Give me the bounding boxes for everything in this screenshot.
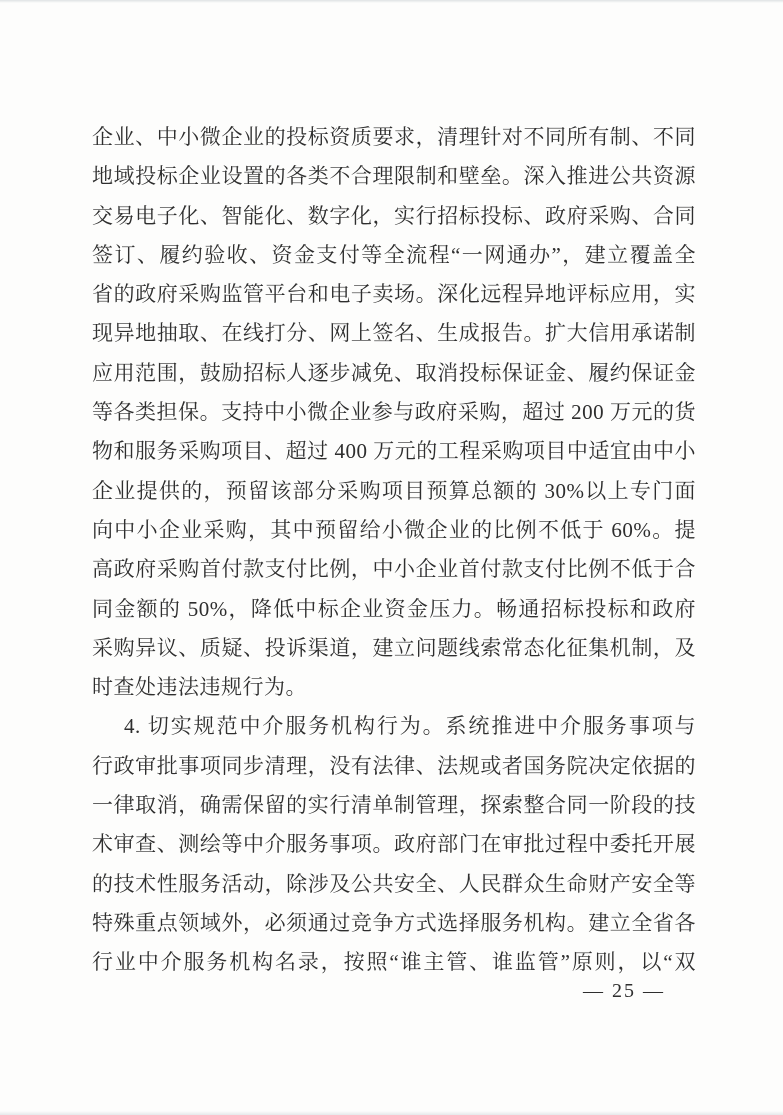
document-page: 企业、中小微企业的投标资质要求，清理针对不同所有制、不同 地域投标企业设置的各类… xyxy=(0,0,783,1115)
scan-edge-bottom xyxy=(0,1111,783,1115)
body-line: 时查处违法违规行为。 xyxy=(92,668,696,707)
body-line: 4. 切实规范中介服务机构行为。系统推进中介服务事项与 xyxy=(92,707,696,746)
body-line: 省的政府采购监管平台和电子卖场。深化远程异地评标应用，实 xyxy=(92,275,696,314)
scan-edge-top xyxy=(0,0,783,3)
body-line: 地域投标企业设置的各类不合理限制和壁垒。深入推进公共资源 xyxy=(92,157,696,196)
body-line: 采购异议、质疑、投诉渠道，建立问题线索常态化征集机制，及 xyxy=(92,629,696,668)
body-line: 交易电子化、智能化、数字化，实行招标投标、政府采购、合同 xyxy=(92,197,696,236)
body-line: 同金额的 50%，降低中标企业资金压力。畅通招标投标和政府 xyxy=(92,590,696,629)
body-line: 特殊重点领域外，必须通过竞争方式选择服务机构。建立全省各 xyxy=(92,904,696,943)
body-line: 物和服务采购项目、超过 400 万元的工程采购项目中适宜由中小 xyxy=(92,432,696,471)
body-line: 企业提供的，预留该部分采购项目预算总额的 30%以上专门面 xyxy=(92,472,696,511)
body-line: 签订、履约验收、资金支付等全流程“一网通办”，建立覆盖全 xyxy=(92,236,696,275)
body-line: 术审查、测绘等中介服务事项。政府部门在审批过程中委托开展 xyxy=(92,825,696,864)
document-body: 企业、中小微企业的投标资质要求，清理针对不同所有制、不同 地域投标企业设置的各类… xyxy=(92,118,696,983)
body-line: 现异地抽取、在线打分、网上签名、生成报告。扩大信用承诺制 xyxy=(92,314,696,353)
body-line: 行政审批事项同步清理，没有法律、法规或者国务院决定依据的 xyxy=(92,747,696,786)
paragraph-item-4: 4. 切实规范中介服务机构行为。系统推进中介服务事项与 行政审批事项同步清理，没… xyxy=(92,707,696,982)
body-line: 的技术性服务活动，除涉及公共安全、人民群众生命财产安全等 xyxy=(92,865,696,904)
body-line: 企业、中小微企业的投标资质要求，清理针对不同所有制、不同 xyxy=(92,118,696,157)
body-line: 等各类担保。支持中小微企业参与政府采购，超过 200 万元的货 xyxy=(92,393,696,432)
paragraph-continued: 企业、中小微企业的投标资质要求，清理针对不同所有制、不同 地域投标企业设置的各类… xyxy=(92,118,696,707)
body-line: 高政府采购首付款支付比例，中小企业首付款支付比例不低于合 xyxy=(92,550,696,589)
body-line: 应用范围，鼓励招标人逐步减免、取消投标保证金、履约保证金 xyxy=(92,354,696,393)
body-line: 向中小企业采购，其中预留给小微企业的比例不低于 60%。提 xyxy=(92,511,696,550)
body-line: 一律取消，确需保留的实行清单制管理，探索整合同一阶段的技 xyxy=(92,786,696,825)
page-number: — 25 — xyxy=(583,977,665,1005)
